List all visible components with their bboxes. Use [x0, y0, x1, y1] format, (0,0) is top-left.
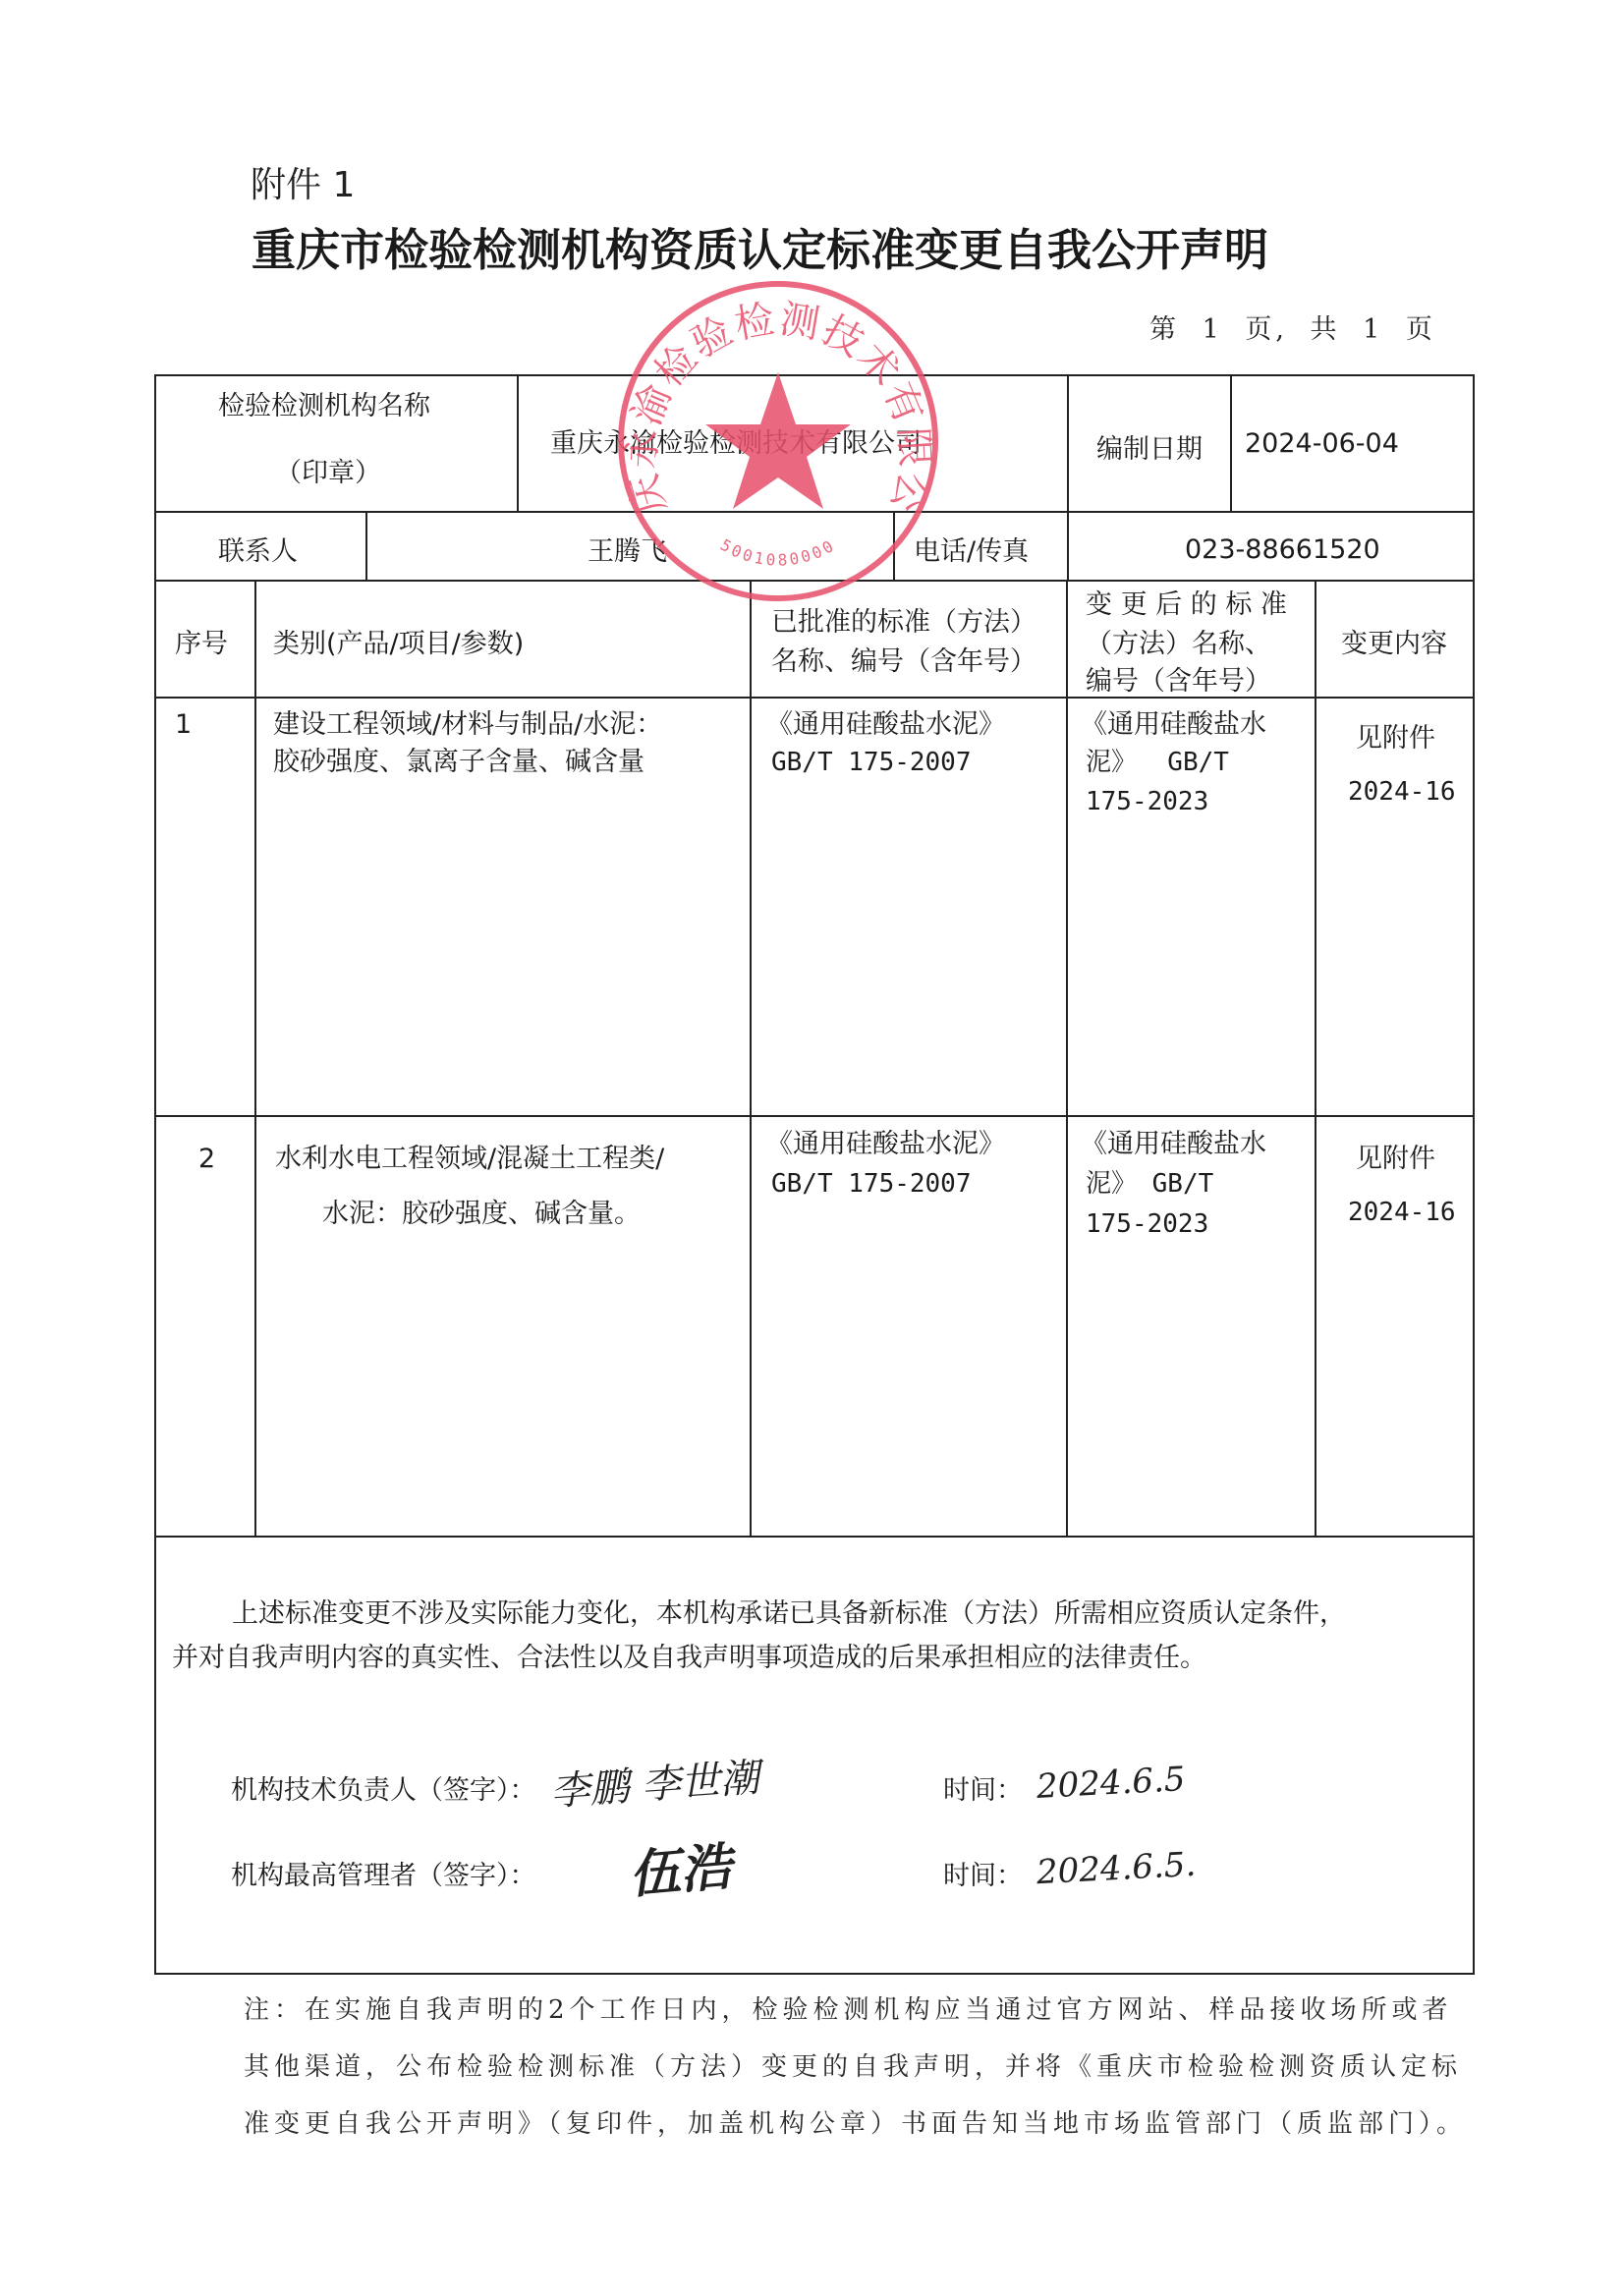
org-name-label: 检验检测机构名称: [218, 387, 430, 426]
phone-value: 023-88661520: [1185, 531, 1380, 570]
table-border-right: [1473, 374, 1475, 1975]
col-sep-seq: [254, 580, 256, 1537]
phone-label: 电话/传真: [914, 532, 1029, 572]
svg-text:重庆永渝检验检测技术有限公司: 重庆永渝检验检测技术有限公司: [616, 279, 937, 519]
header-new-standard-1: 变 更 后 的 标 准: [1086, 586, 1287, 625]
date-label: 编制日期: [1096, 430, 1203, 470]
statement-line-1: 上述标准变更不涉及实际能力变化，本机构承诺已具备新标准（方法）所需相应资质认定条…: [232, 1592, 1346, 1637]
row-new-standard-3: 175-2023: [1086, 782, 1208, 821]
header-old-standard-1: 已批准的标准（方法）: [771, 603, 1036, 643]
row-sep-1-2: [154, 1115, 1475, 1117]
row-sep-header: [154, 697, 1475, 699]
row-change-2: 2024-16: [1348, 1193, 1456, 1232]
row-category-1: 水利水电工程领域/混凝土工程类/: [275, 1140, 664, 1179]
col-sep-old-standard: [1066, 580, 1068, 1537]
col-sep-org-date-label: [1067, 374, 1069, 581]
attachment-label: 附件 1: [251, 157, 355, 207]
row-old-standard-2: GB/T 175-2007: [771, 1164, 972, 1203]
row-sep-contact: [154, 580, 1475, 582]
table-border-left: [154, 374, 156, 1975]
page-indicator: 第 1 页, 共 1 页: [1149, 308, 1436, 346]
tech-lead-label: 机构技术负责人（签字）：: [231, 1768, 536, 1807]
row-old-standard-1: 《通用硅酸盐水泥》: [766, 705, 1005, 745]
row-new-standard-2: 泥》 GB/T: [1086, 743, 1229, 782]
contact-label: 联系人: [218, 532, 298, 572]
top-manager-signature: 伍浩: [626, 1825, 734, 1908]
note-line-3: 准变更自我公开声明》（复印件，加盖机构公章）书面告知当地市场监管部门（质监部门）…: [244, 2103, 1467, 2140]
contact-value: 王腾飞: [588, 532, 667, 572]
row-category-2: 水泥：胶砂强度、碱含量。: [322, 1195, 641, 1234]
row-old-standard-1: 《通用硅酸盐水泥》: [766, 1125, 1005, 1164]
row-new-standard-2: 泥》 GB/T: [1086, 1164, 1213, 1203]
header-category: 类别(产品/项目/参数): [273, 625, 524, 664]
header-old-standard-2: 名称、编号（含年号）: [771, 643, 1036, 682]
col-sep-contact-label: [365, 511, 367, 581]
svg-text:5001080000: 5001080000: [717, 535, 839, 570]
row-seq: 1: [175, 705, 192, 745]
tech-lead-signature: 李鹏 李世潮: [548, 1747, 760, 1818]
row-old-standard-2: GB/T 175-2007: [771, 743, 972, 782]
document-title: 重庆市检验检测机构资质认定标准变更自我公开声明: [252, 214, 1268, 278]
table-border-top: [154, 374, 1475, 376]
top-manager-label: 机构最高管理者（签字）：: [231, 1854, 536, 1892]
row-change-1: 见附件: [1356, 1140, 1435, 1179]
row-category-2: 胶砂强度、氯离子含量、碱含量: [273, 743, 644, 782]
top-manager-time-label: 时间：: [943, 1854, 1023, 1892]
date-value: 2024-06-04: [1245, 424, 1399, 464]
tech-lead-time-label: 时间：: [943, 1768, 1023, 1807]
header-new-standard-2: （方法）名称、: [1086, 625, 1271, 664]
row-new-standard-1: 《通用硅酸盐水: [1081, 705, 1266, 745]
org-name-value: 重庆永渝检验检测技术有限公司: [550, 424, 922, 464]
note-line-1: 注：在实施自我声明的2个工作日内，检验检测机构应当通过官方网站、样品接收场所或者: [244, 1989, 1453, 2026]
row-sep-org: [154, 511, 1475, 513]
row-sep-statement: [154, 1536, 1475, 1538]
col-sep-org-name: [517, 374, 519, 512]
row-new-standard-1: 《通用硅酸盐水: [1081, 1125, 1266, 1164]
col-sep-org-date-value: [1230, 374, 1232, 512]
col-sep-phone-label: [893, 511, 895, 581]
top-manager-time-value: 2024.6.5.: [1036, 1845, 1197, 1892]
note-line-2: 其他渠道，公布检验检测标准（方法）变更的自我声明，并将《重庆市检验检测资质认定标: [244, 2046, 1462, 2083]
statement-line-2: 并对自我声明内容的真实性、合法性以及自我声明事项造成的后果承担相应的法律责任。: [172, 1636, 1206, 1681]
row-change-1: 见附件: [1356, 719, 1435, 758]
table-border-bottom: [154, 1973, 1475, 1975]
row-category-1: 建设工程领域/材料与制品/水泥：: [273, 705, 662, 745]
row-seq: 2: [198, 1140, 215, 1179]
header-change: 变更内容: [1341, 625, 1447, 664]
col-sep-new-standard: [1315, 580, 1316, 1537]
row-new-standard-3: 175-2023: [1086, 1204, 1208, 1244]
row-change-2: 2024-16: [1348, 772, 1456, 812]
seal-label: （印章）: [275, 454, 381, 493]
header-seq: 序号: [175, 625, 228, 664]
tech-lead-time-value: 2024.6.5: [1036, 1760, 1186, 1807]
header-new-standard-3: 编号（含年号）: [1086, 662, 1271, 701]
col-sep-category: [750, 580, 752, 1537]
